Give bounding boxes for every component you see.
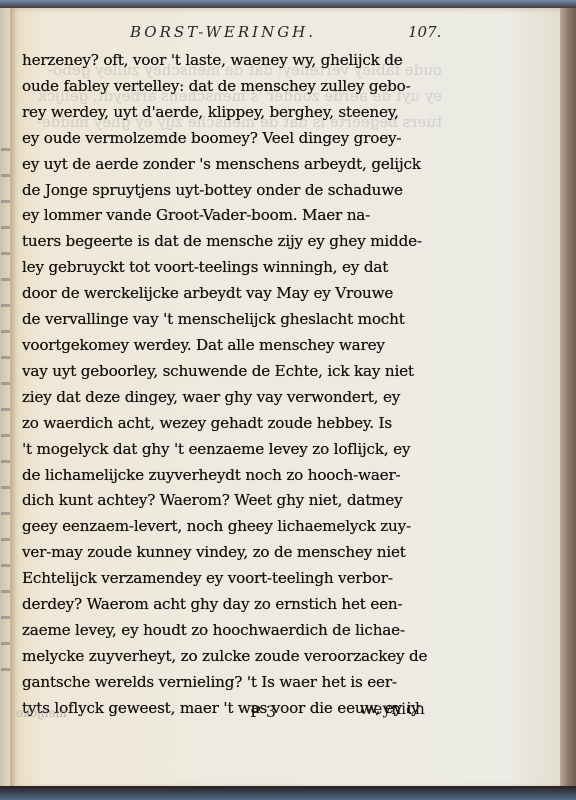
scanner-bottom-edge (0, 786, 576, 800)
text-line: de vervallinge vay 't menschelijck ghesl… (22, 307, 442, 333)
text-line: geey eenzaem-levert, noch gheey lichaeme… (22, 514, 442, 540)
running-head: BORST-WERINGH. (130, 23, 316, 41)
text-line: ey oude vermolzemde boomey? Veel dingey … (22, 126, 442, 152)
text-line: zo waerdich acht, wezey gehadt zoude heb… (22, 411, 442, 437)
text-line: derdey? Waerom acht ghy day zo ernstich … (22, 592, 442, 618)
text-line: ley gebruyckt tot voort-teelings winning… (22, 255, 442, 281)
catchword: weynich (360, 700, 425, 718)
bleed-through-catchword: melijcke (16, 706, 67, 720)
text-line: ziey dat deze dingey, waer ghy vay verwo… (22, 385, 442, 411)
text-line: ey lommer vande Groot-Vader-boom. Maer n… (22, 203, 442, 229)
text-line: dich kunt achtey? Waerom? Weet ghy niet,… (22, 488, 442, 514)
text-line: rey werdey, uyt d'aerde, klippey, berghe… (22, 100, 442, 126)
body-text: herzeney? oft, voor 't laste, waeney wy,… (22, 48, 442, 722)
text-line: voortgekomey werdey. Dat alle menschey w… (22, 333, 442, 359)
page-fore-edge (560, 8, 576, 788)
text-line: ver-may zoude kunney vindey, zo de mensc… (22, 540, 442, 566)
text-line: herzeney? oft, voor 't laste, waeney wy,… (22, 48, 442, 74)
text-line: de Jonge spruytjens uyt-bottey onder de … (22, 178, 442, 204)
text-line: zaeme levey, ey houdt zo hoochwaerdich d… (22, 618, 442, 644)
text-line: melycke zuyverheyt, zo zulcke zoude vero… (22, 644, 442, 670)
text-line: 't mogelyck dat ghy 't eenzaeme levey zo… (22, 437, 442, 463)
text-line: door de werckelijcke arbeydt vay May ey … (22, 281, 442, 307)
text-line: de lichamelijcke zuyverheydt noch zo hoo… (22, 463, 442, 489)
text-line: gantsche werelds vernieling? 't Is waer … (22, 670, 442, 696)
text-line: ey uyt de aerde zonder 's menschens arbe… (22, 152, 442, 178)
text-line: tuers begeerte is dat de mensche zijy ey… (22, 229, 442, 255)
page-number: 107. (408, 23, 441, 41)
text-line: vay uyt geboorley, schuwende de Echte, i… (22, 359, 442, 385)
text-line: oude fabley vertelley: dat de menschey z… (22, 74, 442, 100)
signature-mark: P 3 (250, 702, 276, 721)
text-line: Echtelijck verzamendey ey voort-teelingh… (22, 566, 442, 592)
